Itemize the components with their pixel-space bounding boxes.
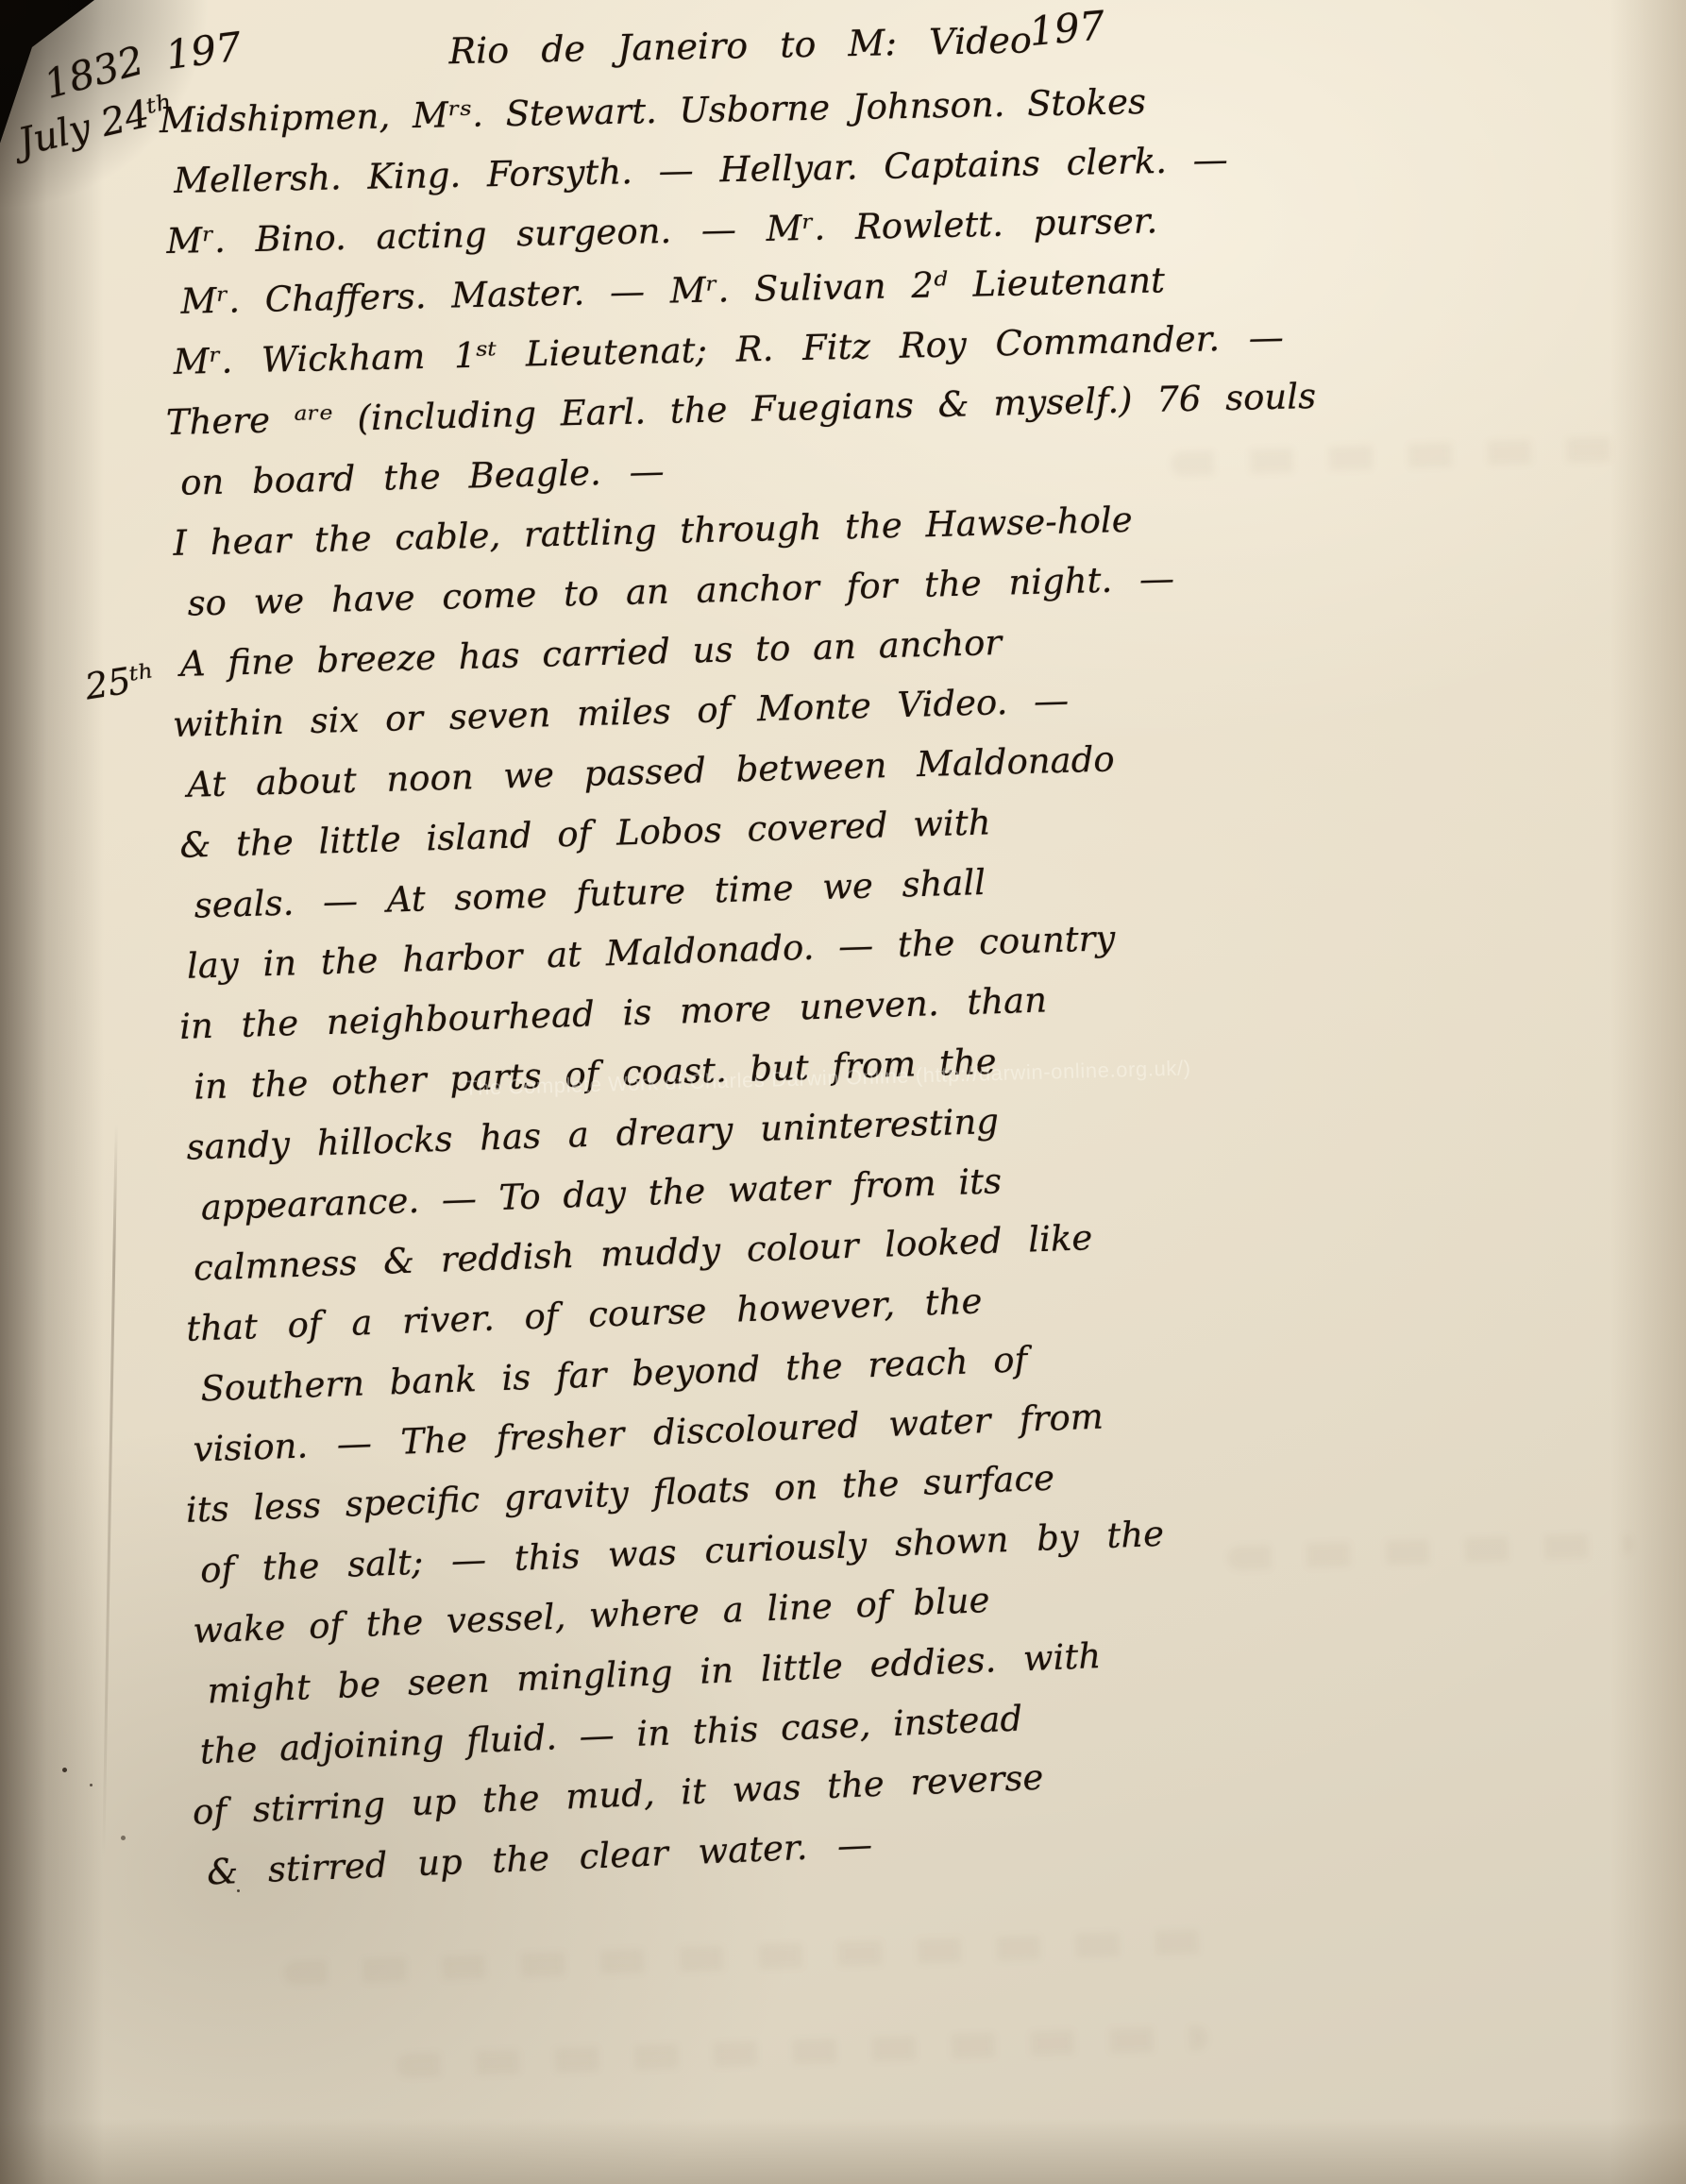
ink-bleed-through [396,2025,1208,2078]
ink-bleed-through [283,1929,1208,1986]
page-bottom-edge-shading [0,2118,1686,2184]
journal-page: 1832 July 24ᵗʰ 25ᵗʰ 197 Rio de Janeiro t… [0,0,1686,2184]
manuscript-photo: { "page": { "year": "1832", "date": "Jul… [0,0,1686,2184]
manuscript-lines: Midshipmen, Mʳˢ. Stewart. Usborne Johnso… [166,72,1683,1913]
page-title: Rio de Janeiro to M: Video [448,19,1032,72]
page-number-corner: 197 [1027,2,1106,55]
book-gutter-shadow [0,0,104,2184]
photo-corner-shadow [0,0,321,321]
paper-crease [102,1124,118,1860]
manuscript-body: 197 Rio de Janeiro to M: Video 197 Midsh… [165,0,1683,1913]
stray-ink-marks [62,1768,67,1772]
